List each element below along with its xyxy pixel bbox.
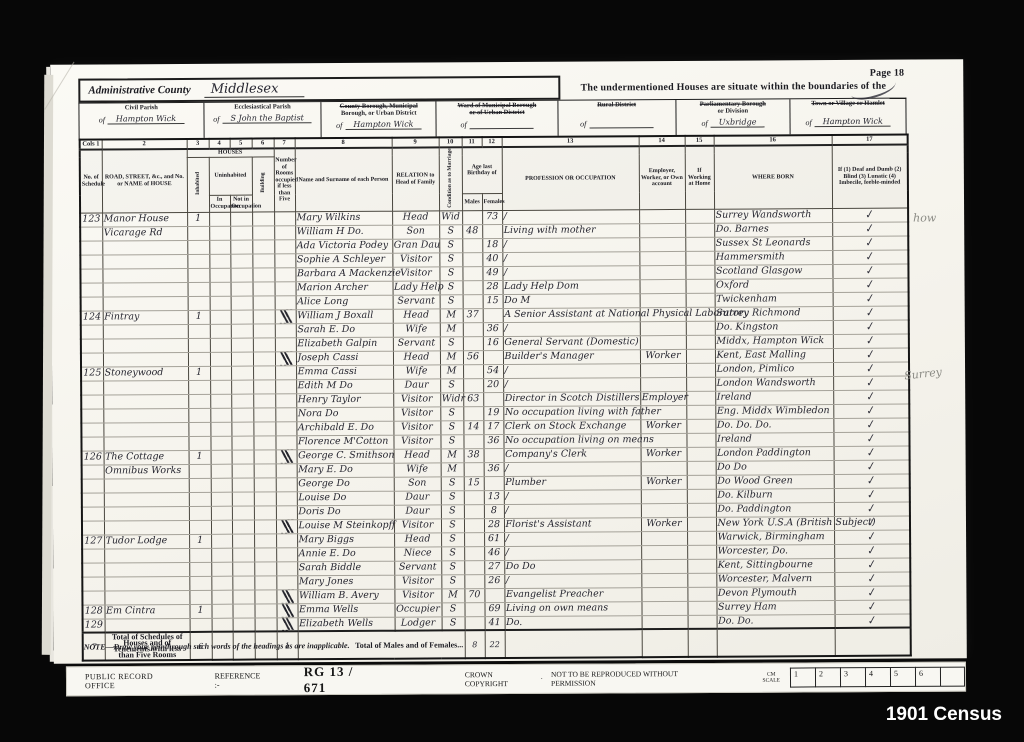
cell-relation: Daur [393, 379, 440, 393]
cell-person-name: Mary Wilkins [295, 211, 392, 226]
cell-condition: S [441, 603, 464, 617]
cell-person-name: Henry Taylor [296, 393, 393, 408]
cell-profession: / [502, 210, 639, 225]
cell-person-name: Emma Wells [297, 603, 394, 618]
cell-age-female: 49 [482, 266, 502, 280]
cell-age-male [463, 281, 483, 295]
cell-rooms [275, 352, 296, 366]
cell-birthplace: Kent, Sittingbourne [716, 558, 834, 573]
cell-age-female: 36 [483, 322, 503, 336]
cell-inhabited [189, 492, 211, 506]
crown-copyright-label: CROWN COPYRIGHT [465, 670, 533, 688]
cell-employer-status [641, 601, 687, 615]
cell-inhabited [188, 324, 210, 338]
cell-age-male: 70 [464, 589, 484, 603]
cm-scale-label: CM SCALE [758, 672, 784, 684]
cell-age-male [463, 295, 483, 309]
cell-infirmity-tick: ✓ [833, 376, 909, 390]
cell-inhabited [189, 520, 211, 534]
cell-building [252, 254, 274, 268]
cell-schedule-number [81, 353, 103, 367]
cell-schedule-number: 126 [82, 451, 104, 465]
cell-condition: M [440, 323, 463, 337]
header-building: Building [260, 173, 267, 193]
cell-person-name: Marion Archer [296, 281, 393, 296]
cell-employer-status [639, 265, 685, 279]
cell-rooms [276, 548, 297, 562]
cell-infirmity-tick: ✓ [832, 208, 908, 222]
cell-relation: Occupier [394, 603, 441, 617]
cell-rooms [275, 380, 296, 394]
cell-rooms [275, 310, 296, 324]
cell-working-at-home [686, 293, 715, 307]
parliamentary-value: Uxbridge [711, 117, 765, 127]
cell-uninhabited-not-occupied [230, 268, 252, 282]
cell-employer-status [641, 545, 687, 559]
cell-age-male: 37 [463, 309, 483, 323]
cell-profession: Clerk on Stock Exchange [503, 420, 640, 435]
cell-rooms [275, 436, 296, 450]
cell-uninhabited-occupied [210, 436, 231, 450]
cell-uninhabited-occupied [211, 520, 232, 534]
cell-employer-status [639, 237, 685, 251]
cell-employer-status [641, 559, 687, 573]
cell-uninhabited-not-occupied [232, 520, 254, 534]
cell-inhabited [188, 380, 210, 394]
cell-relation: Lodger [395, 617, 442, 631]
town-village-value: Hampton Wick [815, 117, 891, 127]
col-number: 15 [685, 136, 714, 146]
header-schedule: No. of Schedule [80, 149, 102, 213]
cell-uninhabited-not-occupied [231, 338, 253, 352]
cell-uninhabited-occupied [212, 618, 233, 632]
header-name: Name and Surname of each Person [295, 148, 392, 212]
cell-age-male [463, 435, 483, 449]
cell-inhabited [187, 240, 209, 254]
cell-age-female: 26 [484, 574, 504, 588]
cell-house-name: Tudor Lodge [104, 534, 189, 549]
cell-relation: Wife [393, 323, 440, 337]
empty-cell [642, 629, 688, 657]
civil-parish-value: Hampton Wick [108, 114, 184, 124]
cell-profession: No occupation living on means [503, 434, 640, 449]
cell-profession: Living with mother [502, 224, 639, 239]
header-profession: PROFESSION OR OCCUPATION [502, 146, 639, 210]
cell-uninhabited-occupied [210, 380, 231, 394]
cell-uninhabited-not-occupied [231, 422, 253, 436]
cell-age-female: 46 [484, 546, 504, 560]
cell-uninhabited-not-occupied [232, 590, 254, 604]
cell-infirmity-tick: ✓ [834, 544, 910, 558]
cell-rooms [277, 618, 298, 632]
cell-profession: / [504, 546, 641, 561]
of-label: of [805, 118, 811, 127]
cell-house-name [103, 408, 188, 423]
cell-uninhabited-not-occupied [230, 240, 252, 254]
cell-uninhabited-occupied [210, 282, 231, 296]
cell-age-male [464, 463, 484, 477]
cell-age-female: 41 [485, 616, 505, 630]
cell-schedule-number [81, 437, 103, 451]
cell-age-female [484, 476, 504, 490]
cell-age-male [464, 603, 484, 617]
cell-uninhabited-occupied [210, 310, 231, 324]
cell-schedule-number [82, 577, 104, 591]
col-number: 10 [439, 137, 462, 147]
cell-building [254, 548, 276, 562]
empty-cell [505, 630, 642, 659]
cell-age-male: 38 [464, 449, 484, 463]
cell-relation: Visitor [394, 575, 441, 589]
cell-age-male [464, 505, 484, 519]
cell-employer-status [640, 377, 686, 391]
cell-birthplace: Ireland [715, 390, 833, 405]
cell-age-male [463, 323, 483, 337]
cell-birthplace: Do. Do. Do. [715, 418, 833, 433]
cell-rooms [275, 394, 296, 408]
cell-working-at-home [686, 321, 715, 335]
header-males: Males [462, 193, 482, 210]
cell-condition: M [441, 463, 464, 477]
cell-working-at-home [686, 405, 715, 419]
cell-inhabited: 1 [188, 366, 210, 380]
cell-birthplace: Do. Do. [717, 614, 835, 629]
ruler-cell: 2 [815, 667, 840, 687]
cell-age-female: 54 [483, 364, 503, 378]
cell-infirmity-tick: ✓ [833, 348, 909, 362]
cell-condition: M [440, 309, 463, 323]
separator-dot: · [541, 675, 543, 683]
cell-working-at-home [685, 209, 714, 223]
headings-note: NOTE—Draw your pen through such words of… [84, 641, 350, 652]
cell-inhabited [187, 268, 209, 282]
cell-rooms [276, 604, 297, 618]
cell-working-at-home [686, 419, 715, 433]
cell-person-name: Joseph Cassi [296, 351, 393, 366]
civil-parish-label: Civil Parish [125, 104, 158, 111]
cell-building [254, 604, 276, 618]
cell-age-female: 27 [484, 560, 504, 574]
cell-house-name [104, 506, 189, 521]
cell-working-at-home [685, 265, 714, 279]
rural-district-label: Rural District [597, 101, 636, 108]
cell-uninhabited-occupied [209, 226, 230, 240]
cell-house-name [105, 618, 190, 633]
cell-infirmity-tick: ✓ [834, 600, 910, 614]
town-village-box: Town or Village or Hamlet ofHampton Wick [791, 99, 906, 135]
cell-uninhabited-not-occupied [232, 464, 254, 478]
cell-house-name [104, 590, 189, 605]
cell-age-female: 36 [483, 434, 503, 448]
cell-working-at-home [687, 503, 716, 517]
census-page: Administrative County Middlesex The unde… [50, 59, 967, 664]
cell-house-name: Fintray [103, 310, 188, 325]
cell-person-name: Mary Biggs [297, 533, 394, 548]
cell-inhabited [188, 282, 210, 296]
cell-birthplace: Worcester, Do. [716, 544, 834, 559]
cell-inhabited: 1 [189, 450, 211, 464]
pro-reference-value: RG 13 / 671 [304, 664, 375, 696]
cell-house-name [103, 338, 188, 353]
cell-working-at-home [685, 251, 714, 265]
cell-relation: Visitor [394, 589, 441, 603]
cell-uninhabited-not-occupied [232, 576, 254, 590]
header-employer: Employer, Worker, or Own account [639, 146, 685, 210]
cell-age-male [463, 337, 483, 351]
cell-uninhabited-not-occupied [233, 618, 255, 632]
cell-rooms [276, 534, 297, 548]
header-infirmity: If (1) Deaf and Dumb (2) Blind (3) Lunat… [832, 145, 908, 209]
cell-age-female: 15 [483, 294, 503, 308]
cell-building [253, 380, 275, 394]
cell-uninhabited-not-occupied [231, 366, 253, 380]
cell-uninhabited-not-occupied [232, 450, 254, 464]
cell-rooms [276, 450, 297, 464]
census-rows: 123 Manor House 1 Mary Wilkins Head Wid … [80, 208, 911, 633]
of-label: of [460, 120, 466, 129]
cell-building [253, 310, 275, 324]
cell-schedule-number: 129 [83, 619, 105, 633]
cell-building [252, 212, 274, 226]
cell-age-female: 61 [484, 532, 504, 546]
header-workhome: If Working at Home [685, 146, 714, 210]
parliamentary-box: Parliamentary Borough or Division ofUxbr… [676, 99, 791, 135]
cell-building [253, 352, 275, 366]
cell-profession: / [504, 504, 641, 519]
cell-birthplace: Do. Kilburn [716, 488, 834, 503]
cell-uninhabited-occupied [210, 352, 231, 366]
of-label: of [336, 121, 342, 130]
cell-schedule-number [81, 409, 103, 423]
cell-uninhabited-not-occupied [232, 548, 254, 562]
cell-infirmity-tick: ✓ [832, 222, 908, 236]
public-record-office-bar: PUBLIC RECORD OFFICE REFERENCE :- RG 13 … [66, 662, 966, 697]
parliamentary-label-line2: or Division [718, 108, 748, 115]
col-number: 14 [639, 136, 685, 146]
cell-inhabited [188, 394, 210, 408]
cell-birthplace: Surrey Wandsworth [714, 208, 832, 223]
cell-employer-status [641, 503, 687, 517]
cell-working-at-home [686, 391, 715, 405]
cell-age-male: 14 [463, 421, 483, 435]
cell-house-name [104, 478, 189, 493]
cell-schedule-number: 125 [81, 367, 103, 381]
cell-age-female: 18 [482, 238, 502, 252]
cell-age-female [483, 308, 503, 322]
cell-house-name [104, 520, 189, 535]
cell-infirmity-tick: ✓ [833, 306, 909, 320]
cell-profession: / [502, 238, 639, 253]
cell-age-female: 16 [483, 336, 503, 350]
cell-working-at-home [687, 517, 716, 531]
cell-schedule-number: 123 [80, 213, 102, 227]
cell-working-at-home [688, 615, 717, 629]
cell-profession: / [503, 322, 640, 337]
cell-building [254, 520, 276, 534]
cell-infirmity-tick: ✓ [834, 558, 910, 572]
cell-relation: Visitor [393, 421, 440, 435]
cell-uninhabited-not-occupied [231, 394, 253, 408]
cell-employer-status [641, 587, 687, 601]
header-condition: Condition as to Marriage [447, 148, 454, 207]
cell-infirmity-tick: ✓ [833, 404, 909, 418]
civil-parish-box: Civil Parish ofHampton Wick [79, 103, 204, 139]
cell-age-female [483, 350, 503, 364]
cell-uninhabited-not-occupied [232, 604, 254, 618]
cell-schedule-number [82, 521, 104, 535]
cell-relation: Servant [394, 561, 441, 575]
cell-relation: Wife [393, 365, 440, 379]
cell-building [254, 534, 276, 548]
cell-uninhabited-occupied [211, 576, 232, 590]
pro-office-label: PUBLIC RECORD OFFICE [85, 672, 179, 690]
total-males-value: 8 [465, 631, 485, 659]
cell-age-female: 36 [484, 462, 504, 476]
cell-working-at-home [687, 461, 716, 475]
cell-rooms [276, 506, 297, 520]
cell-uninhabited-occupied [211, 464, 232, 478]
cell-house-name [102, 254, 187, 269]
cell-schedule-number [81, 423, 103, 437]
cell-person-name: Elizabeth Wells [298, 617, 395, 632]
cell-rooms [275, 324, 296, 338]
cell-working-at-home [687, 475, 716, 489]
cell-uninhabited-not-occupied [231, 296, 253, 310]
cell-profession: No occupation living with father [503, 406, 640, 421]
cell-person-name: Edith M Do [296, 379, 393, 394]
cell-inhabited [188, 436, 210, 450]
cell-age-male [462, 253, 482, 267]
cell-age-male [462, 267, 482, 281]
cell-schedule-number [82, 507, 104, 521]
cell-uninhabited-not-occupied [231, 380, 253, 394]
cell-house-name [103, 380, 188, 395]
empty-cell [835, 628, 911, 656]
cell-schedule-number [80, 255, 102, 269]
cell-rooms [274, 212, 295, 226]
cell-relation: Wife [394, 463, 441, 477]
cell-relation: Visitor [392, 253, 439, 267]
cell-uninhabited-occupied [210, 422, 231, 436]
cell-relation: Head [392, 211, 439, 225]
cell-uninhabited-not-occupied [232, 492, 254, 506]
cell-employer-status: Worker [640, 349, 686, 363]
header-born: WHERE BORN [714, 145, 832, 209]
cell-birthplace: London Paddington [716, 446, 834, 461]
cell-condition: S [442, 617, 465, 631]
cell-working-at-home [687, 573, 716, 587]
cell-relation: Son [392, 225, 439, 239]
cell-uninhabited-occupied [211, 590, 232, 604]
cell-house-name [103, 282, 188, 297]
ecclesiastical-parish-value: S John the Baptist [222, 113, 311, 124]
cell-employer-status: Employer [640, 391, 686, 405]
cell-profession: A Senior Assistant at National Physical … [503, 308, 640, 323]
cell-working-at-home [685, 237, 714, 251]
cell-uninhabited-not-occupied [231, 352, 253, 366]
cell-inhabited [189, 576, 211, 590]
cell-employer-status: Worker [641, 517, 687, 531]
cell-employer-status [640, 293, 686, 307]
cell-inhabited [189, 548, 211, 562]
cell-person-name: Sarah Biddle [297, 561, 394, 576]
header-not-occupation: Not in Occupation [230, 195, 252, 212]
cell-building [254, 506, 276, 520]
cell-condition: S [441, 477, 464, 491]
cell-working-at-home [685, 223, 714, 237]
cell-building [252, 226, 274, 240]
cell-rooms [276, 464, 297, 478]
cell-condition: S [439, 239, 462, 253]
cell-employer-status: Worker [641, 475, 687, 489]
cell-profession: / [502, 266, 639, 281]
cell-uninhabited-occupied [211, 506, 232, 520]
cell-rooms [276, 492, 297, 506]
cell-inhabited [187, 226, 209, 240]
census-watermark: 1901 Census [886, 704, 1002, 726]
cell-schedule-number [82, 549, 104, 563]
cell-working-at-home [687, 447, 716, 461]
ruler-cell: 5 [890, 667, 915, 687]
col-number: 3 [187, 139, 209, 149]
rural-district-box: Rural District of [558, 100, 676, 136]
cell-uninhabited-occupied [209, 212, 230, 226]
cell-working-at-home [686, 377, 715, 391]
cell-infirmity-tick: ✓ [834, 502, 910, 516]
margin-note-2: Surrey [903, 365, 942, 382]
cell-infirmity-tick: ✓ [832, 264, 908, 278]
cell-birthplace: Kent, East Malling [715, 348, 833, 363]
cell-age-male: 48 [462, 225, 482, 239]
cell-building [253, 338, 275, 352]
cell-working-at-home [686, 335, 715, 349]
cell-building [255, 618, 277, 632]
cell-relation: Visitor [393, 435, 440, 449]
cell-relation: Visitor [393, 393, 440, 407]
cell-employer-status [641, 531, 687, 545]
cell-uninhabited-occupied [211, 534, 232, 548]
cell-condition: S [440, 295, 463, 309]
cell-infirmity-tick: ✓ [834, 460, 910, 474]
cell-profession: / [503, 364, 640, 379]
cell-person-name: Louise M Steinkopff [297, 519, 394, 534]
cell-age-female: 17 [483, 420, 503, 434]
cell-birthplace: Do Do [716, 460, 834, 475]
cell-infirmity-tick: ✓ [833, 432, 909, 446]
cell-employer-status: Worker [640, 419, 686, 433]
cell-inhabited [189, 464, 211, 478]
empty-cell [717, 628, 835, 657]
cell-birthplace: New York U.S.A (British Subject) [716, 516, 834, 531]
of-label: of [580, 120, 586, 129]
cell-condition: S [439, 225, 462, 239]
cell-relation: Servant [393, 337, 440, 351]
cell-uninhabited-not-occupied [231, 408, 253, 422]
pro-reference-label: REFERENCE :- [215, 671, 264, 689]
header-relation: RELATION to Head of Family [392, 147, 439, 211]
cell-employer-status [639, 251, 685, 265]
town-village-label: Town or Village or Hamlet [811, 100, 885, 107]
cell-condition: M [441, 589, 464, 603]
district-boxes: Civil Parish ofHampton Wick Ecclesiastic… [78, 98, 906, 139]
cell-uninhabited-not-occupied [232, 478, 254, 492]
cell-birthplace: Surrey Ham [716, 600, 834, 615]
cell-birthplace: Warwick, Birmingham [716, 530, 834, 545]
cell-house-name: Vicarage Rd [102, 226, 187, 241]
cell-condition: Wid [439, 211, 462, 225]
cell-employer-status [639, 223, 685, 237]
cell-rooms [274, 240, 295, 254]
